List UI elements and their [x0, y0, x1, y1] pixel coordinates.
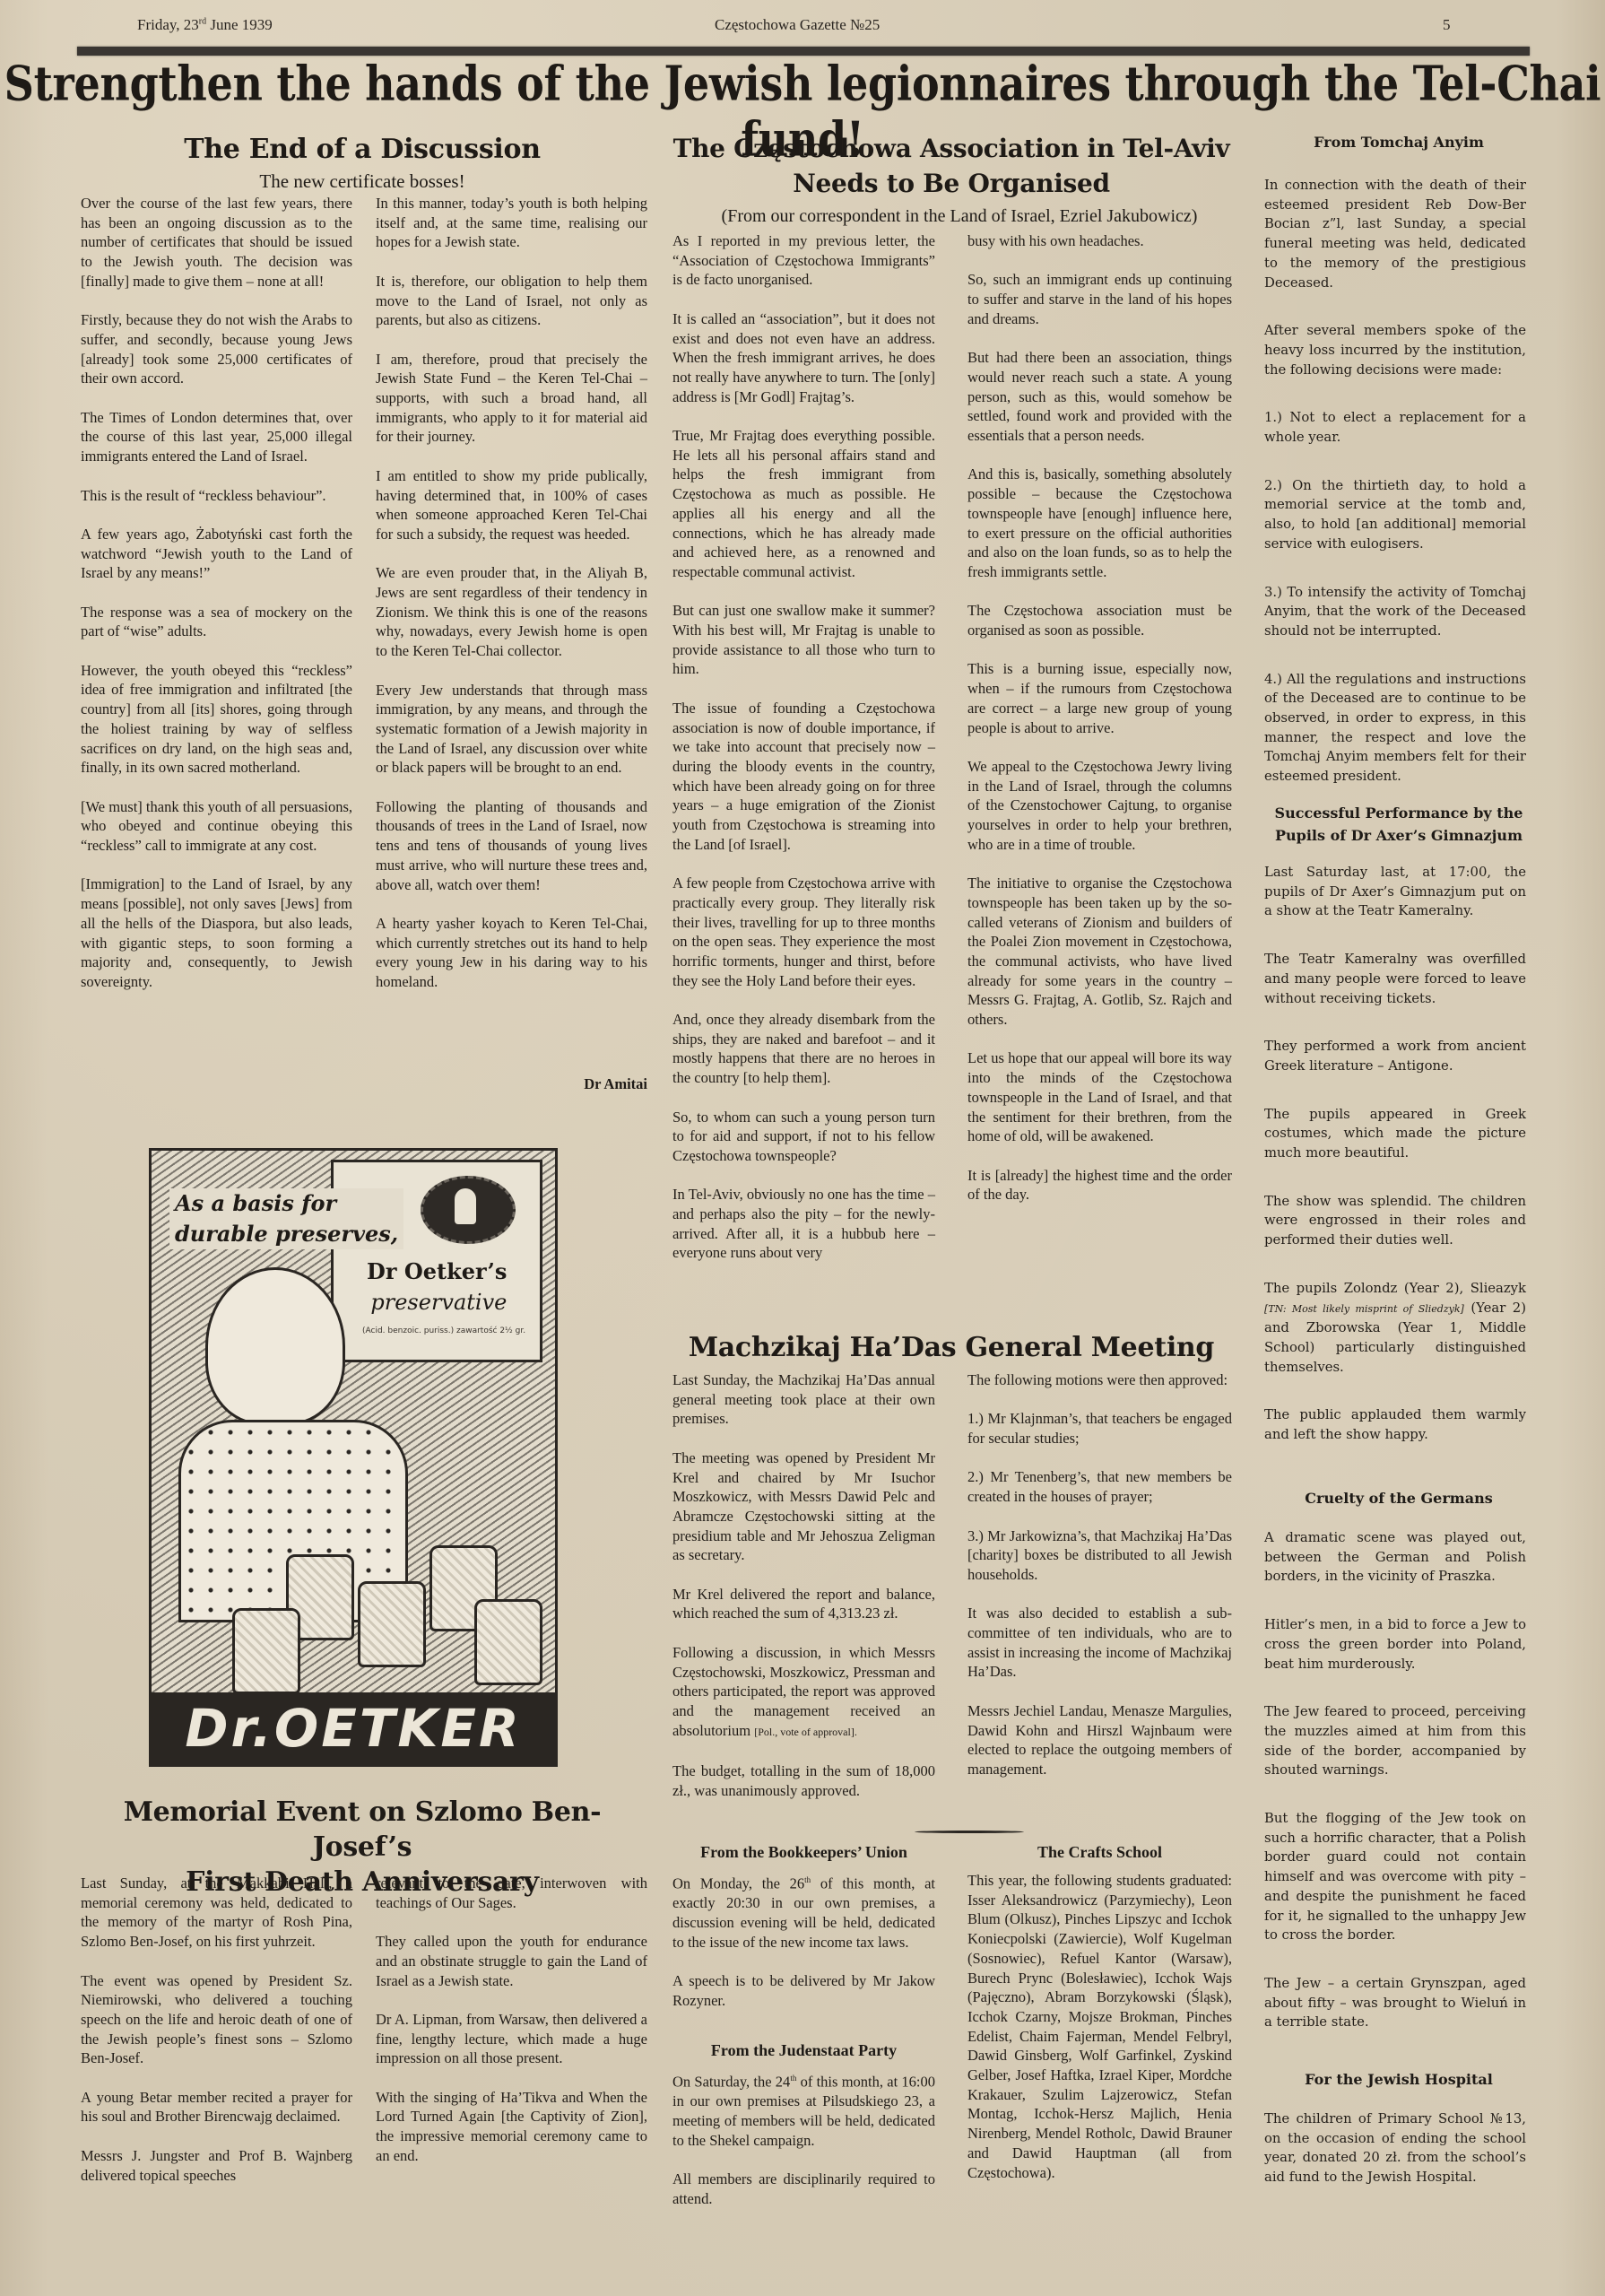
hospital-title: For the Jewish Hospital	[1255, 2068, 1542, 2091]
publication-name: Częstochowa Gazette №25	[715, 16, 880, 34]
discussion-subtitle: The new certificate bosses!	[79, 170, 646, 193]
ad-fine-print: (Acid. benzoic. puriss.) zawartość 2½ gr…	[362, 1326, 525, 1335]
oetker-advertisement: As a basis fordurable preserves, Dr Oetk…	[149, 1148, 558, 1767]
gimnazjum-title: Successful Performance by the Pupils of …	[1255, 802, 1542, 847]
memorial-col1: Last Sunday, at the Makkabi Hall, a memo…	[81, 1874, 352, 2185]
tomchaj-title: From Tomchaj Anyim	[1255, 131, 1542, 153]
oetker-logo: Dr.OETKER	[152, 1692, 555, 1764]
machzikaj-col2: The following motions were then approved…	[967, 1370, 1232, 1779]
masthead-rule	[77, 47, 1530, 56]
crafts-school-body: This year, the following students gradua…	[967, 1871, 1232, 2182]
gimnazjum-body: Last Saturday last, at 17:00, the pupils…	[1264, 863, 1526, 1474]
hospital-body: The children of Primary School №13, on t…	[1264, 2109, 1526, 2216]
discussion-title: The End of a Discussion	[79, 132, 646, 167]
discussion-signature: Dr Amitai	[376, 1075, 647, 1093]
ad-bust-silhouette-icon	[455, 1188, 476, 1224]
ad-jar-icon	[474, 1599, 542, 1685]
telaviv-col1: As I reported in my previous letter, the…	[672, 231, 935, 1263]
judenstaat-title: From the Judenstaat Party	[672, 2041, 935, 2060]
issue-date: Friday, 23rd June 1939	[137, 16, 273, 34]
telaviv-byline: (From our correspondent in the Land of I…	[668, 206, 1251, 227]
bookkeepers-body: On Monday, the 26th of this month, at ex…	[672, 1871, 935, 2010]
memorial-col2: relevant to the date, interwoven with te…	[376, 1874, 647, 2166]
cruelty-title: Cruelty of the Germans	[1255, 1487, 1542, 1509]
ad-woman-illustration	[205, 1267, 345, 1425]
ad-tagline: As a basis fordurable preserves,	[169, 1188, 403, 1249]
absolutorium-note: [Pol., vote of approval].	[754, 1726, 857, 1738]
bookkeepers-title: From the Bookkeepers’ Union	[672, 1843, 935, 1862]
cruelty-body: A dramatic scene was played out, between…	[1264, 1528, 1526, 2061]
translator-note: [TN: Most likely misprint of Sliedzyk]	[1264, 1303, 1464, 1315]
crafts-school-title: The Crafts School	[967, 1843, 1232, 1862]
ad-brand-text: Dr Oetker’spreservative	[367, 1257, 507, 1318]
judenstaat-body: On Saturday, the 24th of this month, at …	[672, 2069, 935, 2208]
discussion-col1: Over the course of the last few years, t…	[81, 194, 352, 992]
ad-jar-icon	[232, 1608, 300, 1694]
machzikaj-title: Machzikaj Ha’Das General Meeting	[668, 1330, 1235, 1365]
tomchaj-body: In connection with the death of their es…	[1264, 176, 1526, 815]
section-divider	[915, 1831, 1024, 1833]
page-number: 5	[1443, 16, 1451, 34]
telaviv-title: The Częstochowa Association in Tel-Aviv …	[668, 131, 1235, 201]
machzikaj-col1: Last Sunday, the Machzikaj Ha’Das annual…	[672, 1370, 935, 1800]
discussion-col2: In this manner, today’s youth is both he…	[376, 194, 647, 992]
telaviv-col2: busy with his own headaches. So, such an…	[967, 231, 1232, 1205]
ad-jar-icon	[358, 1581, 426, 1667]
